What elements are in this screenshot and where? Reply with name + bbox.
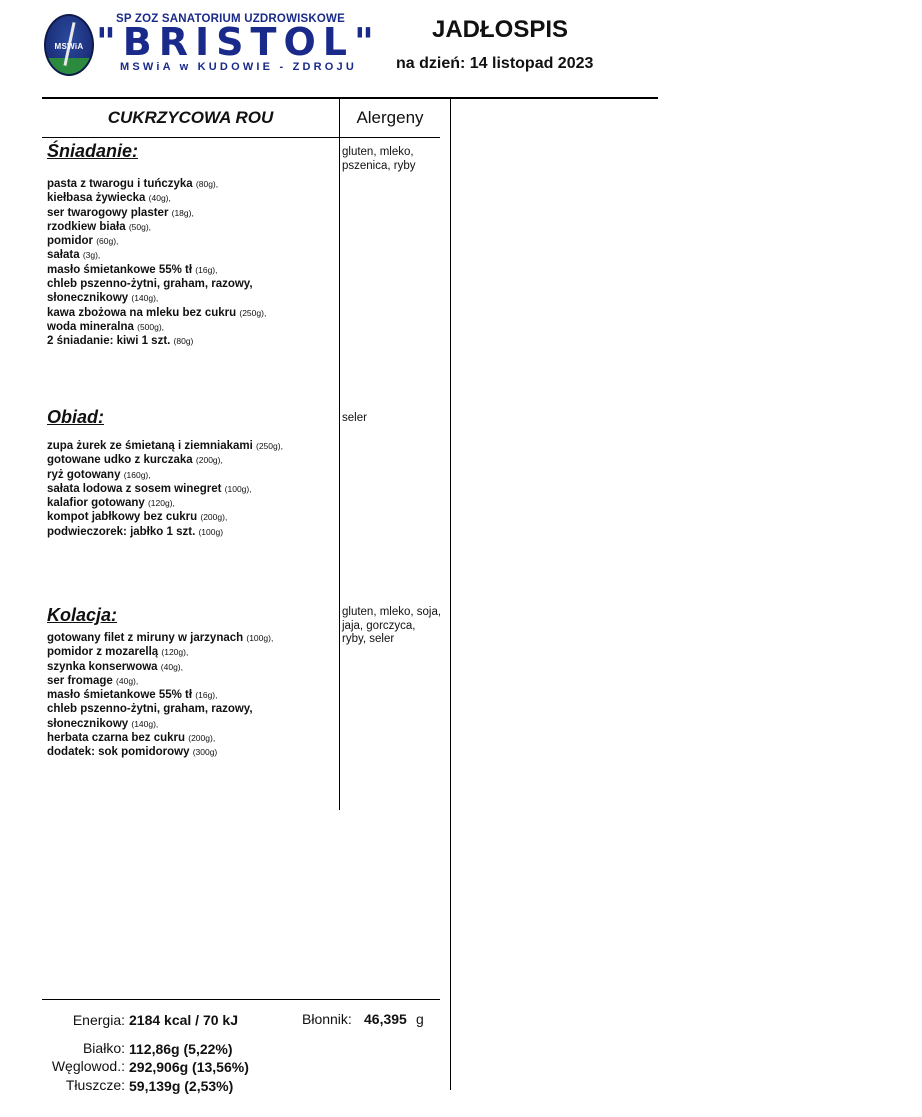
menu-item: chleb pszenno-żytni, graham, razowy, — [47, 277, 266, 291]
menu-item-name: kompot jabłkowy bez cukru — [47, 511, 200, 523]
menu-item: kompot jabłkowy bez cukru (200g), — [47, 510, 283, 524]
energy-label: Energia: — [43, 1012, 125, 1028]
menu-item: dodatek: sok pomidorowy (300g) — [47, 745, 273, 759]
menu-item-quantity: (200g), — [188, 733, 215, 743]
fat-value: 59,139g (2,53%) — [129, 1078, 233, 1094]
allergens-breakfast: gluten, mleko, pszenica, ryby — [342, 146, 442, 173]
menu-item-name: ser fromage — [47, 675, 116, 687]
page-title: JADŁOSPIS — [432, 16, 568, 44]
menu-item-name: sałata — [47, 249, 83, 261]
menu-item-name: masło śmietankowe 55% tł — [47, 689, 195, 701]
menu-item: słonecznikowy (140g), — [47, 291, 266, 305]
menu-item-name: szynka konserwowa — [47, 661, 161, 673]
fiber-unit: g — [416, 1011, 424, 1027]
menu-item-quantity: (80g), — [196, 179, 218, 189]
menu-item-quantity: (40g), — [116, 676, 138, 686]
menu-item-name: herbata czarna bez cukru — [47, 732, 188, 744]
menu-item-name: pomidor — [47, 235, 96, 247]
menu-item-name: gotowany filet z miruny w jarzynach — [47, 632, 246, 644]
menu-item-quantity: (80g) — [174, 336, 194, 346]
column-divider — [339, 98, 340, 810]
menu-item-name: zupa żurek ze śmietaną i ziemniakami — [47, 440, 256, 452]
date-line: na dzień: 14 listopad 2023 — [396, 55, 593, 73]
menu-item: pasta z twarogu i tuńczyka (80g), — [47, 177, 266, 191]
menu-item: kalafior gotowany (120g), — [47, 496, 283, 510]
menu-item-quantity: (250g), — [239, 308, 266, 318]
menu-item-name: słonecznikowy — [47, 718, 131, 730]
menu-item-name: gotowane udko z kurczaka — [47, 454, 196, 466]
diet-name: CUKRZYCOWA ROU — [42, 108, 339, 128]
meal-title-lunch: Obiad: — [47, 407, 104, 428]
allergens-dinner: gluten, mleko, soja, jaja, gorczyca, ryb… — [342, 606, 442, 647]
menu-item: ser fromage (40g), — [47, 674, 273, 688]
menu-item-name: kawa zbożowa na mleku bez cukru — [47, 307, 239, 319]
fiber-value: 46,395 — [364, 1011, 407, 1027]
menu-item: sałata (3g), — [47, 248, 266, 262]
allergens-lunch: seler — [342, 412, 442, 426]
items-breakfast: pasta z twarogu i tuńczyka (80g),kiełbas… — [47, 177, 266, 349]
logo-emblem-icon: MSWiA — [44, 14, 94, 76]
menu-item-name: ryż gotowany — [47, 469, 124, 481]
menu-item-quantity: (100g), — [225, 484, 252, 494]
menu-item-quantity: (300g) — [193, 747, 218, 757]
menu-item-quantity: (140g), — [131, 719, 158, 729]
menu-item-quantity: (160g), — [124, 470, 151, 480]
menu-item-quantity: (40g), — [161, 662, 183, 672]
menu-item: chleb pszenno-żytni, graham, razowy, — [47, 702, 273, 716]
menu-item-name: 2 śniadanie: kiwi 1 szt. — [47, 335, 174, 347]
header-rule — [42, 137, 440, 138]
menu-item: gotowany filet z miruny w jarzynach (100… — [47, 631, 273, 645]
allergens-header: Alergeny — [340, 108, 440, 128]
menu-item: masło śmietankowe 55% tł (16g), — [47, 263, 266, 277]
menu-item-name: kalafior gotowany — [47, 497, 148, 509]
menu-item: szynka konserwowa (40g), — [47, 660, 273, 674]
menu-item-name: pomidor z mozarellą — [47, 646, 161, 658]
menu-item-name: ser twarogowy plaster — [47, 207, 172, 219]
menu-item-quantity: (120g), — [148, 498, 175, 508]
menu-item: ryż gotowany (160g), — [47, 468, 283, 482]
menu-item: zupa żurek ze śmietaną i ziemniakami (25… — [47, 439, 283, 453]
menu-item: kawa zbożowa na mleku bez cukru (250g), — [47, 306, 266, 320]
menu-item: rzodkiew biała (50g), — [47, 220, 266, 234]
logo-text: MSWiA — [48, 42, 90, 51]
menu-item-name: chleb pszenno-żytni, graham, razowy, — [47, 703, 253, 715]
protein-label: Białko: — [43, 1040, 125, 1056]
fat-label: Tłuszcze: — [43, 1077, 125, 1093]
menu-item-quantity: (140g), — [131, 293, 158, 303]
meal-title-breakfast: Śniadanie: — [47, 141, 138, 162]
carbs-label: Węglowod.: — [43, 1058, 125, 1074]
menu-item: sałata lodowa z sosem winegret (100g), — [47, 482, 283, 496]
menu-item-name: sałata lodowa z sosem winegret — [47, 483, 225, 495]
carbs-value: 292,906g (13,56%) — [129, 1059, 249, 1075]
menu-item-quantity: (16g), — [195, 265, 217, 275]
menu-item: pomidor z mozarellą (120g), — [47, 645, 273, 659]
items-dinner: gotowany filet z miruny w jarzynach (100… — [47, 631, 273, 760]
summary-rule — [42, 999, 440, 1000]
menu-item-name: dodatek: sok pomidorowy — [47, 746, 193, 758]
menu-item-name: woda mineralna — [47, 321, 137, 333]
menu-item-name: rzodkiew biała — [47, 221, 129, 233]
right-border — [450, 98, 451, 1090]
menu-item: masło śmietankowe 55% tł (16g), — [47, 688, 273, 702]
menu-item-quantity: (18g), — [172, 208, 194, 218]
menu-item-name: podwieczorek: jabłko 1 szt. — [47, 526, 198, 538]
menu-item: kiełbasa żywiecka (40g), — [47, 191, 266, 205]
menu-item-quantity: (60g), — [96, 236, 118, 246]
menu-item-name: kiełbasa żywiecka — [47, 192, 149, 204]
menu-item-quantity: (3g), — [83, 250, 100, 260]
menu-item: słonecznikowy (140g), — [47, 717, 273, 731]
energy-value: 2184 kcal / 70 kJ — [129, 1012, 238, 1028]
menu-item: 2 śniadanie: kiwi 1 szt. (80g) — [47, 334, 266, 348]
menu-item: woda mineralna (500g), — [47, 320, 266, 334]
menu-item-quantity: (100g) — [198, 527, 223, 537]
menu-item-quantity: (250g), — [256, 441, 283, 451]
menu-item: podwieczorek: jabłko 1 szt. (100g) — [47, 525, 283, 539]
menu-item-quantity: (40g), — [149, 193, 171, 203]
menu-item-name: słonecznikowy — [47, 292, 131, 304]
menu-item-quantity: (500g), — [137, 322, 164, 332]
menu-item-quantity: (16g), — [195, 690, 217, 700]
logo-green-band — [46, 58, 92, 74]
menu-item-name: chleb pszenno-żytni, graham, razowy, — [47, 278, 253, 290]
top-rule — [42, 97, 658, 99]
protein-value: 112,86g (5,22%) — [129, 1041, 233, 1057]
menu-item: gotowane udko z kurczaka (200g), — [47, 453, 283, 467]
fiber-label: Błonnik: — [302, 1011, 352, 1027]
organization-line3: MSWiA w KUDOWIE - ZDROJU — [120, 61, 357, 73]
menu-item: ser twarogowy plaster (18g), — [47, 206, 266, 220]
menu-item-name: pasta z twarogu i tuńczyka — [47, 178, 196, 190]
menu-item-quantity: (50g), — [129, 222, 151, 232]
organization-name: "BRISTOL" — [96, 22, 381, 62]
menu-item-quantity: (200g), — [196, 455, 223, 465]
menu-item-quantity: (120g), — [161, 647, 188, 657]
meal-title-dinner: Kolacja: — [47, 605, 117, 626]
menu-item-quantity: (100g), — [246, 633, 273, 643]
menu-item-quantity: (200g), — [200, 512, 227, 522]
menu-item: herbata czarna bez cukru (200g), — [47, 731, 273, 745]
menu-item-name: masło śmietankowe 55% tł — [47, 264, 195, 276]
menu-item: pomidor (60g), — [47, 234, 266, 248]
items-lunch: zupa żurek ze śmietaną i ziemniakami (25… — [47, 439, 283, 539]
